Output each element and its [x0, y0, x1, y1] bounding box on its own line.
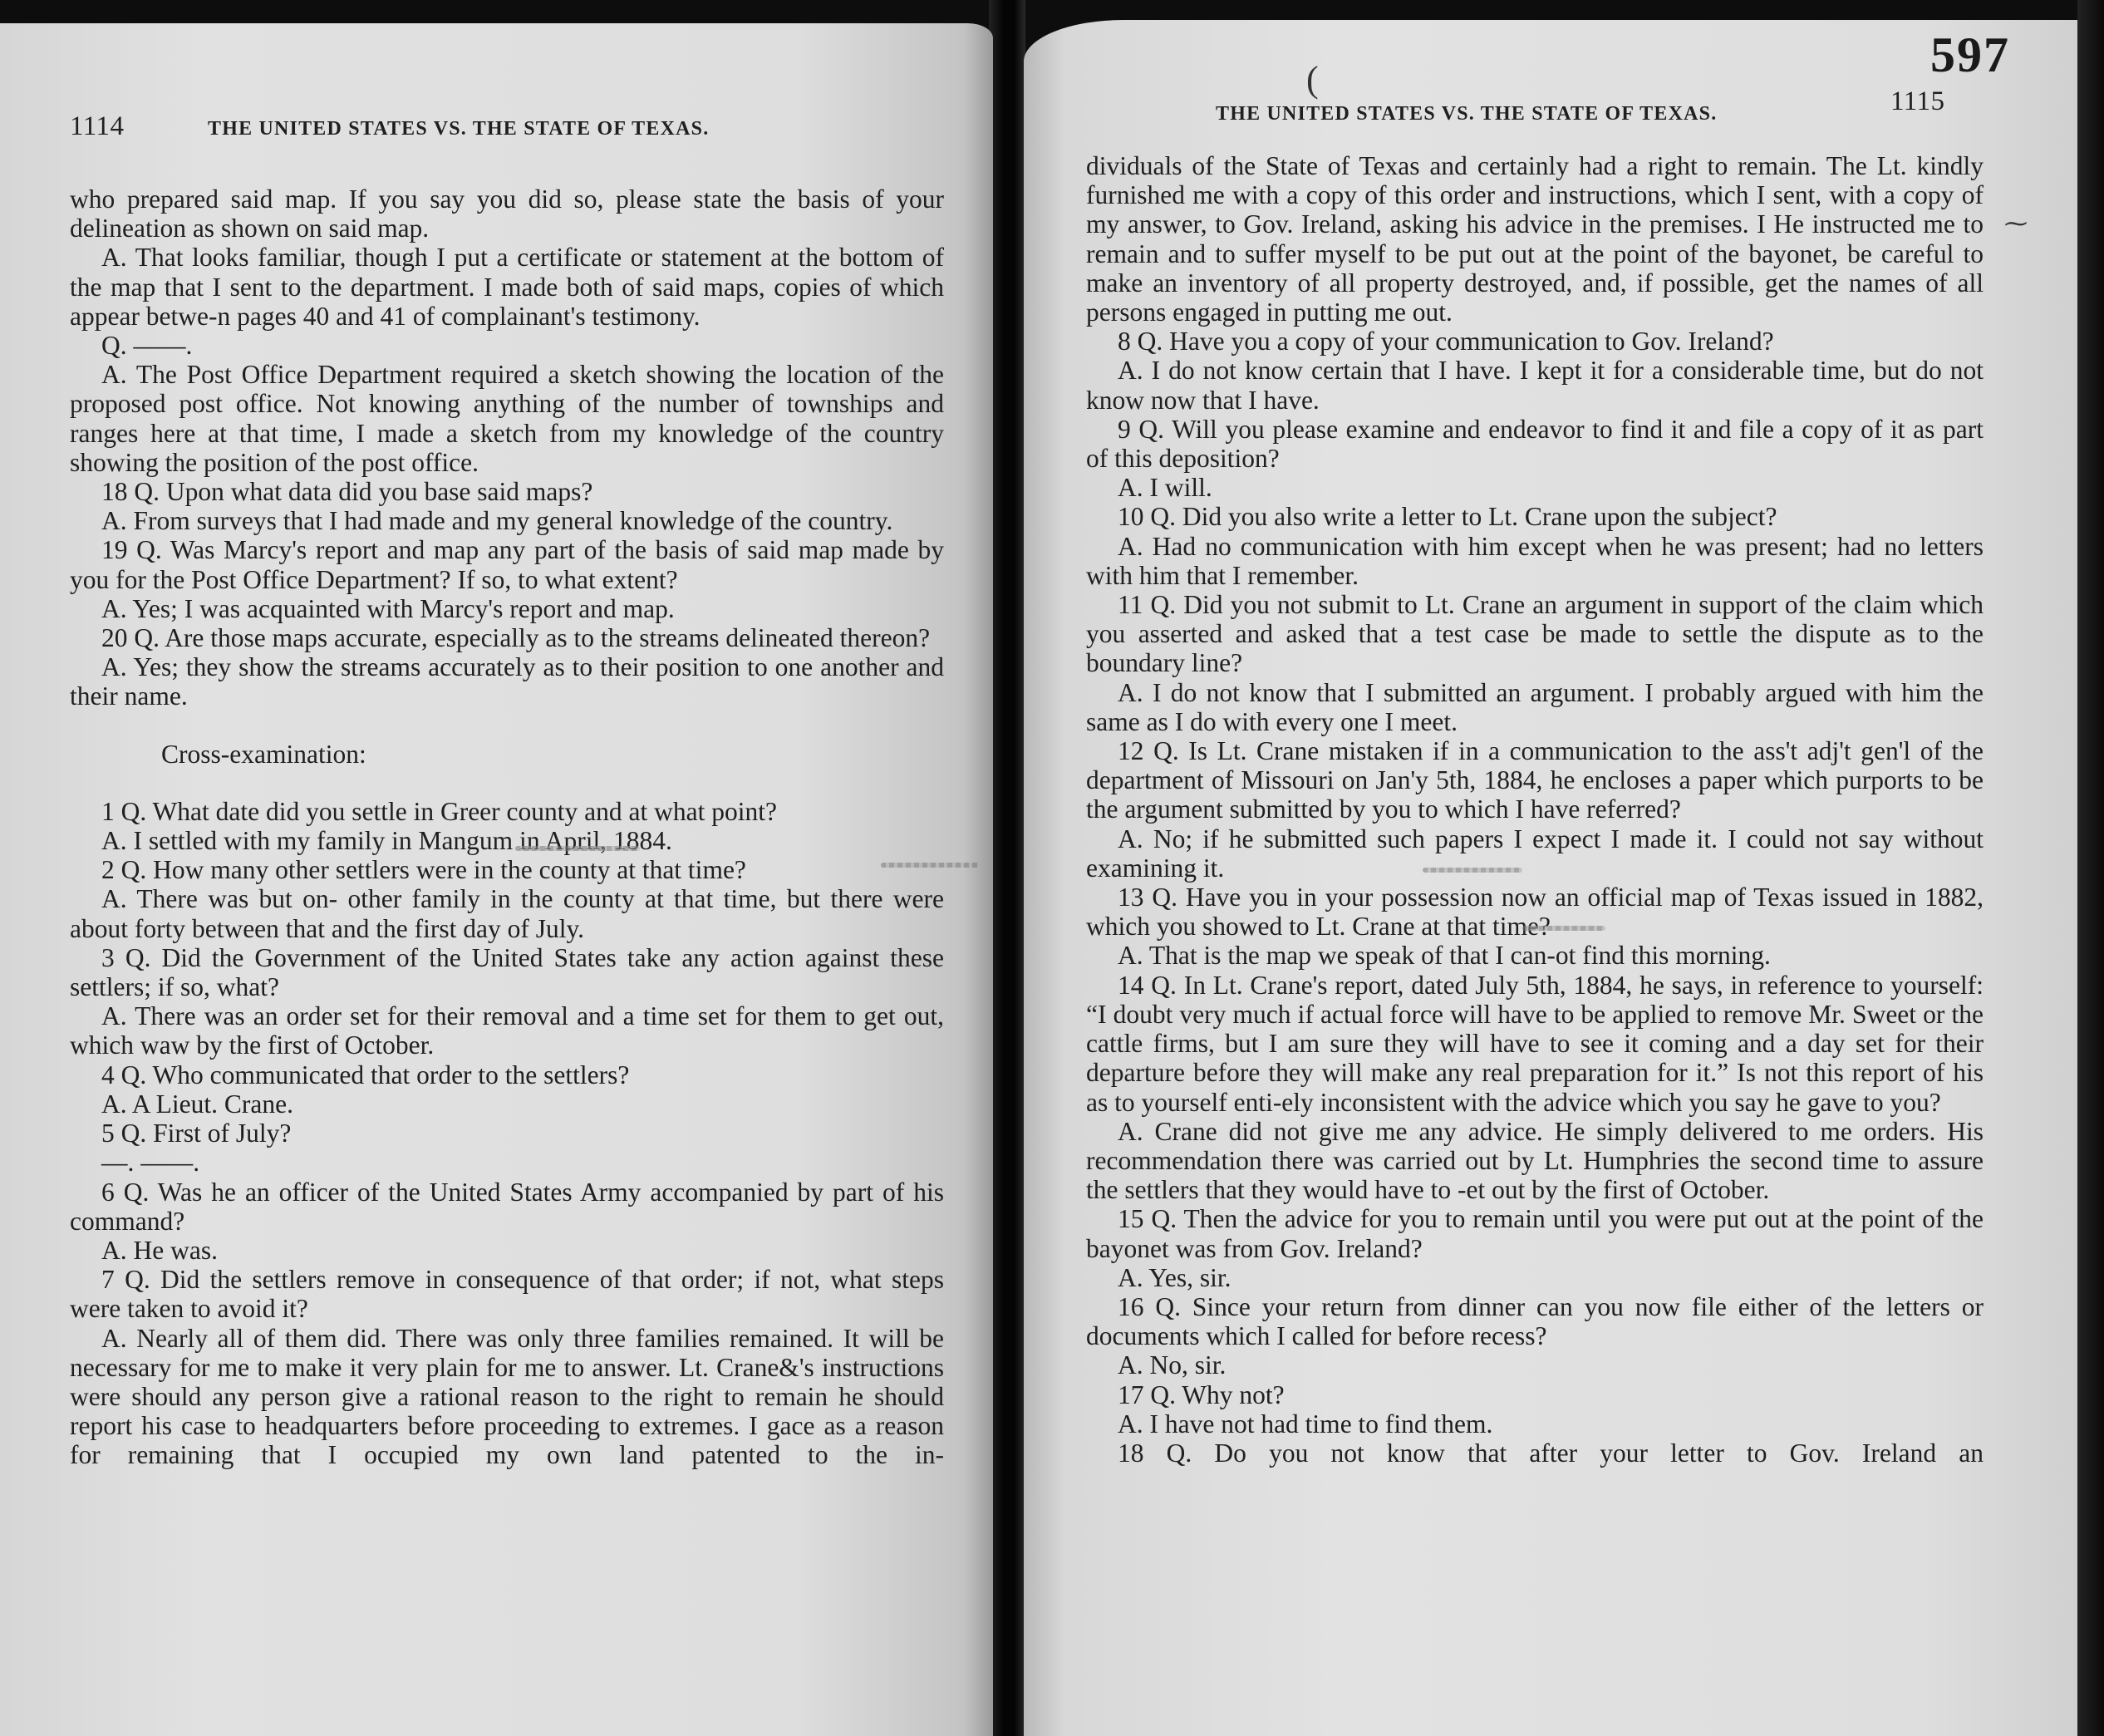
paragraph: 18 Q. Do you not know that after your le…	[1086, 1438, 1984, 1468]
page-body: who prepared said map. If you say you di…	[70, 184, 944, 1470]
left-page: 1114 THE UNITED STATES VS. THE STATE OF …	[0, 23, 993, 1736]
page-number: 1115	[1890, 86, 1945, 117]
paragraph: Q. ——.	[70, 331, 944, 360]
page-number: 1114	[70, 111, 125, 142]
paragraph: A. Nearly all of them did. There was onl…	[70, 1324, 944, 1470]
paragraph: 14 Q. In Lt. Crane's report, dated July …	[1086, 971, 1984, 1117]
paragraph: 12 Q. Is Lt. Crane mistaken if in a comm…	[1086, 736, 1984, 824]
paragraph: dividuals of the State of Texas and cert…	[1086, 151, 1984, 327]
paragraph: —. ——.	[70, 1148, 944, 1177]
paragraph: 11 Q. Did you not submit to Lt. Crane an…	[1086, 590, 1984, 678]
paragraph: A. Had no communication with him except …	[1086, 532, 1984, 590]
paragraph: 4 Q. Who communicated that order to the …	[70, 1060, 944, 1089]
ink-smudge	[881, 863, 981, 868]
ink-smudge	[1423, 868, 1522, 873]
paragraph: A. From surveys that I had made and my g…	[70, 506, 944, 535]
section-heading: Cross-examination:	[70, 740, 944, 769]
paragraph: A. Crane did not give me any advice. He …	[1086, 1117, 1984, 1205]
ink-smudge	[1522, 926, 1605, 931]
paragraph: A. There was an order set for their remo…	[70, 1001, 944, 1060]
paragraph: 7 Q. Did the settlers remove in conseque…	[70, 1265, 944, 1323]
paragraph: 5 Q. First of July?	[70, 1119, 944, 1148]
right-page: 597 THE UNITED STATES VS. THE STATE OF T…	[1024, 20, 2077, 1736]
paragraph: 15 Q. Then the advice for you to remain …	[1086, 1204, 1984, 1262]
paragraph: A. Yes; they show the streams accurately…	[70, 652, 944, 711]
paragraph: A. That looks familiar, though I put a c…	[70, 243, 944, 331]
paragraph: 20 Q. Are those maps accurate, especiall…	[70, 623, 944, 652]
paragraph: 17 Q. Why not?	[1086, 1380, 1984, 1409]
paragraph: 3 Q. Did the Government of the United St…	[70, 943, 944, 1001]
paragraph: A. A Lieut. Crane.	[70, 1089, 944, 1119]
paragraph: A. That is the map we speak of that I ca…	[1086, 941, 1984, 970]
paragraph: A. He was.	[70, 1236, 944, 1265]
paragraph: 9 Q. Will you please examine and endeavo…	[1086, 415, 1984, 473]
paragraph: A. There was but on- other family in the…	[70, 884, 944, 942]
stamp-number: 597	[1930, 27, 2010, 84]
page-body: dividuals of the State of Texas and cert…	[1086, 151, 1984, 1468]
paragraph: 19 Q. Was Marcy's report and map any par…	[70, 535, 944, 593]
paragraph: 6 Q. Was he an officer of the United Sta…	[70, 1178, 944, 1236]
paragraph: 8 Q. Have you a copy of your communicati…	[1086, 327, 1984, 356]
paragraph: A. I settled with my family in Mangum in…	[70, 826, 944, 855]
paragraph: A. No; if he submitted such papers I exp…	[1086, 824, 1984, 883]
ink-smudge	[515, 846, 640, 851]
paragraph: A. Yes; I was acquainted with Marcy's re…	[70, 594, 944, 623]
paragraph: A. Yes, sir.	[1086, 1263, 1984, 1292]
paragraph: A. No, sir.	[1086, 1350, 1984, 1379]
paragraph: A. I have not had time to find them.	[1086, 1409, 1984, 1438]
running-head: THE UNITED STATES VS. THE STATE OF TEXAS…	[208, 118, 709, 140]
paragraph: A. I do not know certain that I have. I …	[1086, 356, 1984, 414]
paragraph: 16 Q. Since your return from dinner can …	[1086, 1292, 1984, 1350]
paragraph: 10 Q. Did you also write a letter to Lt.…	[1086, 502, 1984, 531]
paragraph: 18 Q. Upon what data did you base said m…	[70, 477, 944, 506]
running-head: THE UNITED STATES VS. THE STATE OF TEXAS…	[1216, 103, 1717, 125]
book-gutter	[989, 0, 1025, 1736]
paragraph: who prepared said map. If you say you di…	[70, 184, 944, 243]
paragraph: 2 Q. How many other settlers were in the…	[70, 855, 944, 884]
pencil-mark: (	[1306, 58, 1319, 101]
paragraph: A. I do not know that I submitted an arg…	[1086, 678, 1984, 736]
paragraph: 1 Q. What date did you settle in Greer c…	[70, 797, 944, 826]
paragraph: A. I will.	[1086, 473, 1984, 502]
book-edge	[2077, 0, 2104, 1736]
paragraph: 13 Q. Have you in your possession now an…	[1086, 883, 1984, 941]
paragraph: A. The Post Office Department required a…	[70, 360, 944, 477]
pencil-mark: ⁓	[2004, 209, 2028, 238]
